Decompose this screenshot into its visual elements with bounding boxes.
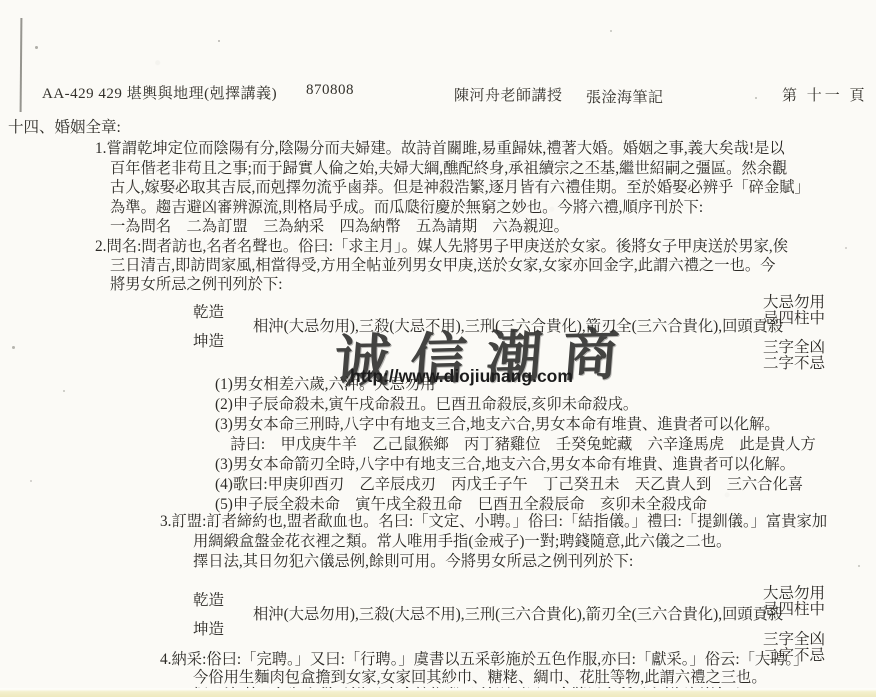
margin-note-line: 忌四柱中 — [763, 602, 825, 618]
header-page-number: 第 十一 頁 — [782, 84, 868, 105]
formula-text: 相沖(大忌勿用),三殺(大忌不用),三刑(三六合貴化),箭刃全(三六合貴化),回… — [253, 602, 783, 624]
scan-speck — [858, 565, 860, 567]
kunzao-label: 坤造 — [193, 329, 224, 351]
paragraph-2: 2.問名:問者訪也,名者名聲也。俗曰:「求主月」。媒人先將男子甲庚送於女家。後將… — [110, 237, 788, 294]
paragraph-1: 1.嘗謂乾坤定位而陰陽有分,陰陽分而夫婦建。故詩首關雎,易重歸妹,禮著大婚。婚姻… — [110, 139, 810, 237]
section-title: 十四、婚姻全章: — [8, 115, 121, 137]
text-line: 3.訂盟:訂者締約也,盟者歃血也。名曰:「文定、小聘。」俗曰:「結指儀。」禮曰:… — [193, 512, 827, 532]
margin-note-line: 大忌勿用 — [763, 295, 825, 311]
kunzao-label: 坤造 — [193, 617, 224, 639]
text-line: 4.納采:俗曰:「完聘。」又曰:「行聘。」虞書以五采彰施於五色作服,亦曰:「獻采… — [193, 651, 808, 669]
text-line: 一為問名 二為訂盟 三為納采 四為納幣 五為請期 六為親迎。 — [110, 217, 810, 237]
margin-note-line: 三字全凶 — [763, 340, 825, 356]
scan-speck — [610, 30, 612, 32]
header-date-code: 870808 — [306, 82, 354, 99]
scan-artifact-line — [20, 18, 22, 112]
text-line: 三日清吉,即訪問家風,相當得受,方用全帖並列男女甲庚,送於女家,女家亦回金字,此… — [110, 256, 788, 275]
margin-note-line: 二字不忌 — [763, 356, 825, 372]
text-line: 為準。趨吉避凶審辨源流,則格局乎成。而瓜瓞衍慶於無窮之妙也。今將六禮,順序刊於下… — [110, 198, 810, 218]
text-line: 古人,嫁娶必取其吉辰,而剋擇勿流乎鹵莽。但是神殺浩繁,逐月皆有六禮佳期。至於婚娶… — [110, 178, 810, 198]
scan-speck — [12, 346, 15, 349]
qianzao-label: 乾造 — [193, 300, 224, 322]
list-item: (4)歌曰:甲庚卯酉刃 乙辛辰戌刃 丙戊壬子午 丁己癸丑未 天乙貴人到 三六合化… — [215, 475, 816, 495]
text-line: 百年偕老非苟且之事;而于歸實人倫之始,夫婦大綱,醮配終身,承祖續宗之丕基,繼世紹… — [110, 159, 810, 179]
scan-speck — [218, 40, 220, 42]
list-item: 詩曰: 甲戊庚牛羊 乙己鼠猴鄉 丙丁豬雞位 壬癸兔蛇藏 六辛逢馬虎 此是貴人方 — [215, 435, 816, 455]
list-item: (3)男女本命三刑時,八字中有地支三合,地支六合,男女本命有堆貴、進貴者可以化解… — [215, 415, 816, 435]
list-item: (1)男女相差六歲,六沖。大忌勿用 — [215, 375, 816, 395]
list-item: (3)男女本命箭刃全時,八字中有地支三合,地支六合,男女本命有堆貴、進貴者可以化… — [215, 455, 816, 475]
bottom-strip — [0, 688, 876, 697]
text-line: 用綢緞盒盤金花衣裡之類。常人唯用手指(金戒子)一對;聘錢隨意,此六儀之二也。 — [193, 532, 827, 552]
text-line: 1.嘗謂乾坤定位而陰陽有分,陰陽分而夫婦建。故詩首關雎,易重歸妹,禮著大婚。婚姻… — [110, 139, 810, 159]
scan-speck — [755, 97, 757, 99]
list-item: (2)申子辰命殺未,寅午戌命殺丑。巳酉丑命殺辰,亥卯未命殺戌。 — [215, 395, 816, 415]
scan-speck — [30, 480, 32, 482]
scan-speck — [845, 247, 847, 249]
text-line: 將男女所忌之例刊列於下: — [110, 275, 788, 294]
scan-speck — [35, 46, 38, 49]
margin-note-line: 大忌勿用 — [763, 586, 825, 602]
paragraph-3: 3.訂盟:訂者締約也,盟者歃血也。名曰:「文定、小聘。」俗曰:「結指儀。」禮曰:… — [193, 512, 827, 572]
text-line: 今俗用生麵肉包盒擔到女家,女家回其紗巾、糖粩、綢巾、花肚等物,此謂六禮之三也。 — [193, 669, 808, 687]
margin-note-line: 三字全凶 — [763, 632, 825, 648]
margin-note-line: 忌四柱中 — [763, 311, 825, 327]
scan-speck — [63, 390, 65, 392]
scanned-document-page: AA-429 429 堪輿與地理(剋擇講義) 870808 陳河舟老師講授 張淦… — [0, 0, 876, 697]
header-lecturer: 陳河舟老師講授 — [454, 84, 563, 105]
text-line: 2.問名:問者訪也,名者名聲也。俗曰:「求主月」。媒人先將男子甲庚送於女家。後將… — [110, 237, 788, 256]
qianzao-label: 乾造 — [193, 588, 224, 610]
taboo-list: (1)男女相差六歲,六沖。大忌勿用 (2)申子辰命殺未,寅午戌命殺丑。巳酉丑命殺… — [215, 375, 816, 515]
header-scribe: 張淦海筆記 — [586, 86, 664, 107]
header-catalog-number: AA-429 429 堪輿與地理(剋擇講義) — [42, 82, 277, 103]
text-line: 擇日法,其日勿犯六儀忌例,餘則可用。今將男女所忌之例刊列於下: — [193, 552, 827, 572]
